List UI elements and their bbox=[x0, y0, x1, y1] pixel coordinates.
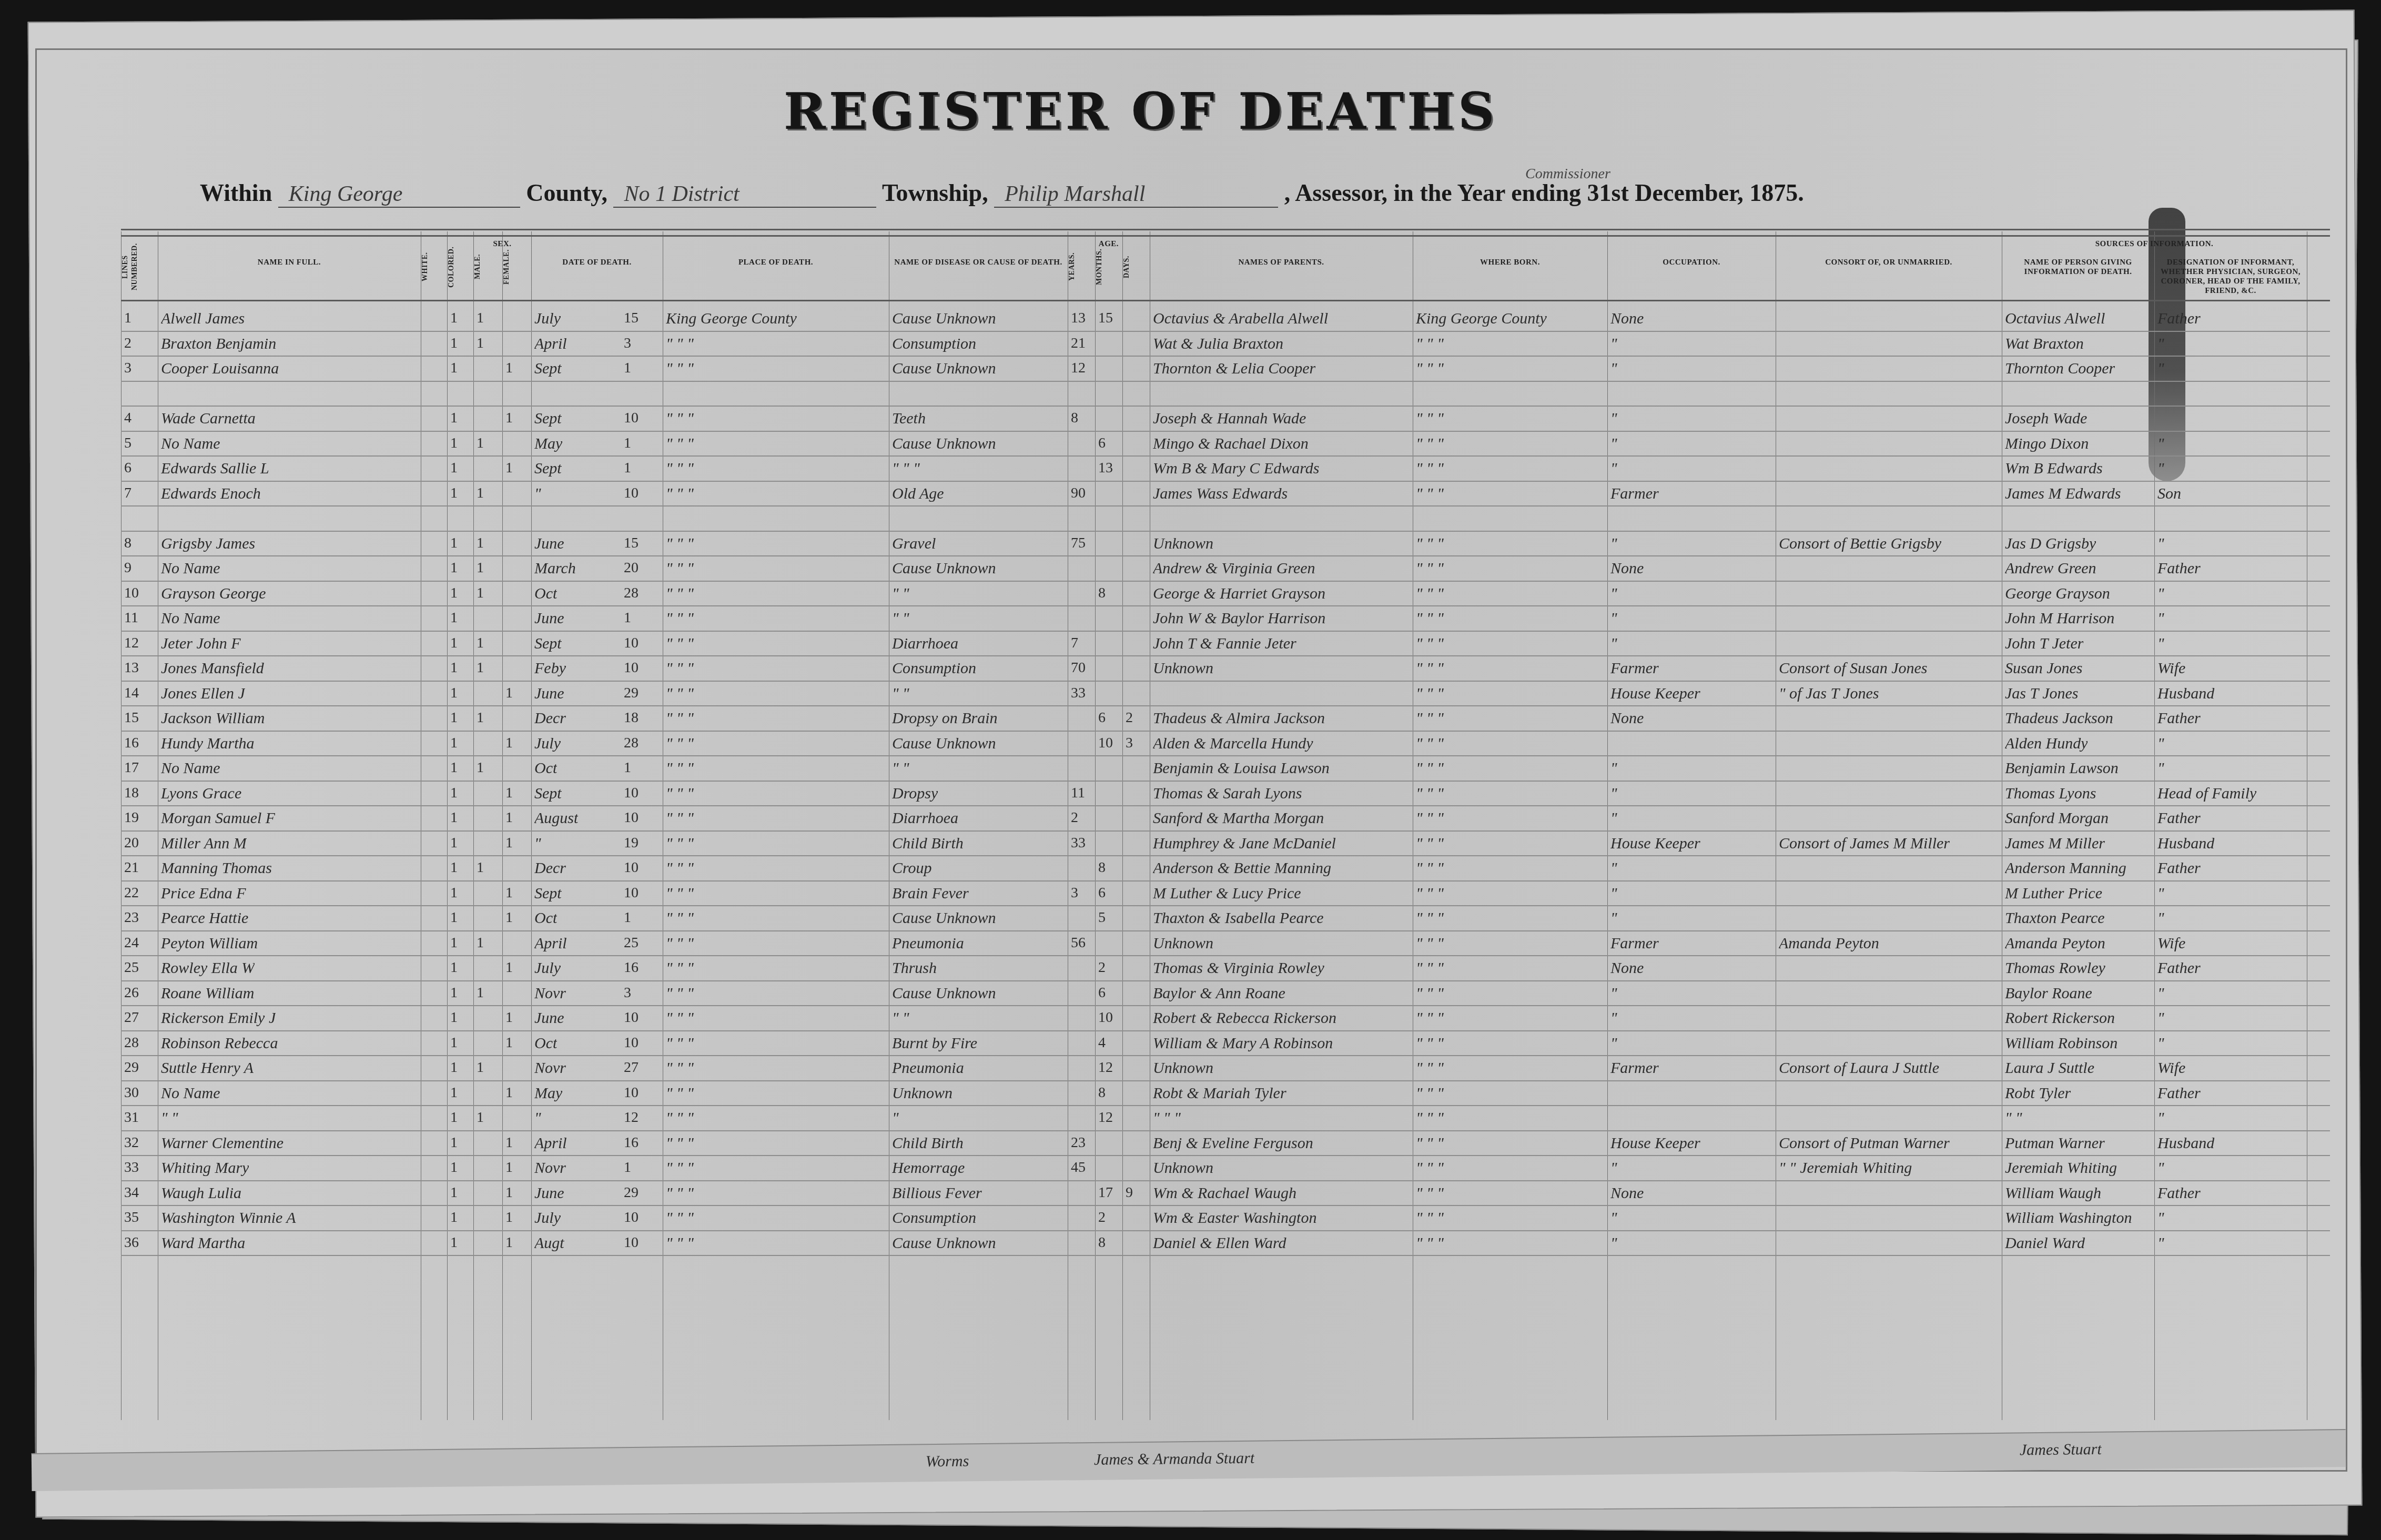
cell-occ: " bbox=[1610, 585, 1617, 603]
cell-born: " " " bbox=[1416, 360, 1444, 378]
cell-inf: William Robinson bbox=[2005, 1035, 2117, 1052]
cell-born: " " " bbox=[1416, 610, 1444, 627]
cell-c: 1 bbox=[450, 410, 458, 427]
cell-des: Head of Family bbox=[2157, 785, 2256, 803]
cell-mo: 2 bbox=[1098, 1209, 1106, 1226]
cell-parents: Mingo & Rachael Dixon bbox=[1153, 435, 1309, 453]
cell-cause: Thrush bbox=[892, 959, 937, 977]
column-header-parents: Names of Parents. bbox=[1150, 258, 1413, 267]
cell-cause: Cause Unknown bbox=[892, 735, 996, 753]
cell-c: 1 bbox=[450, 909, 458, 926]
cell-d: 3 bbox=[1126, 735, 1133, 752]
cell-c: 1 bbox=[450, 610, 458, 626]
cell-name: Edwards Enoch bbox=[161, 485, 261, 503]
cell-day: 3 bbox=[624, 335, 631, 352]
cell-f: 1 bbox=[505, 1234, 513, 1251]
column-rule bbox=[2307, 231, 2307, 1420]
column-rule bbox=[889, 231, 889, 1420]
cell-day: 10 bbox=[624, 1234, 639, 1251]
cell-parents: Unknown bbox=[1153, 1059, 1213, 1077]
cell-place: " " " bbox=[666, 410, 694, 428]
cell-born: " " " bbox=[1416, 1234, 1444, 1252]
cell-date: Oct bbox=[534, 585, 557, 603]
cell-c: 1 bbox=[450, 435, 458, 452]
cell-place: " " " bbox=[666, 360, 694, 378]
cell-place: " " " bbox=[666, 809, 694, 827]
cell-born: " " " bbox=[1416, 759, 1444, 777]
cell-parents: Unknown bbox=[1153, 535, 1213, 553]
cell-date: Novr bbox=[534, 1059, 566, 1077]
cell-inf: Baylor Roane bbox=[2005, 985, 2092, 1002]
cell-c: 1 bbox=[450, 885, 458, 901]
cell-born: " " " bbox=[1416, 1009, 1444, 1027]
cell-born: " " " bbox=[1416, 535, 1444, 553]
cell-des: " bbox=[2157, 759, 2164, 777]
row-rule bbox=[121, 555, 2330, 556]
cell-parents: Robert & Rebecca Rickerson bbox=[1153, 1009, 1336, 1027]
cell-place: " " " bbox=[666, 635, 694, 653]
row-rule bbox=[121, 980, 2330, 981]
cell-c: 1 bbox=[450, 535, 458, 552]
cell-place: " " " bbox=[666, 1035, 694, 1052]
cell-name: Alwell James bbox=[161, 310, 245, 328]
cell-cause: Hemorrage bbox=[892, 1159, 965, 1177]
cell-day: 18 bbox=[624, 710, 639, 726]
cell-des: " bbox=[2157, 1159, 2164, 1177]
row-rule bbox=[121, 331, 2330, 332]
cell-place: " " " bbox=[666, 610, 694, 627]
cell-des: " bbox=[2157, 435, 2164, 453]
cell-f: 1 bbox=[505, 785, 513, 802]
cell-place: " " " bbox=[666, 935, 694, 953]
cell-day: 10 bbox=[624, 635, 639, 652]
cell-born: " " " bbox=[1416, 335, 1444, 353]
cell-cause: Cause Unknown bbox=[892, 909, 996, 927]
cell-n: 30 bbox=[124, 1085, 139, 1101]
cell-date: April bbox=[534, 335, 567, 353]
column-rule bbox=[1150, 231, 1150, 1420]
cell-born: " " " bbox=[1416, 959, 1444, 977]
cell-y: 70 bbox=[1071, 660, 1086, 676]
cell-des: Husband bbox=[2157, 1134, 2214, 1152]
cell-parents: Humphrey & Jane McDaniel bbox=[1153, 835, 1336, 853]
cell-date: June bbox=[534, 685, 564, 703]
cell-m: 1 bbox=[477, 485, 484, 502]
cell-name: Jeter John F bbox=[161, 635, 241, 653]
cell-inf: Anderson Manning bbox=[2005, 859, 2126, 877]
cell-cause: Consumption bbox=[892, 1209, 976, 1227]
cell-m: 1 bbox=[477, 560, 484, 576]
cell-inf: Robt Tyler bbox=[2005, 1085, 2071, 1102]
cell-consort: " " Jeremiah Whiting bbox=[1779, 1159, 1912, 1177]
cell-c: 1 bbox=[450, 460, 458, 477]
cell-date: Novr bbox=[534, 1159, 566, 1177]
cell-place: " " " bbox=[666, 959, 694, 977]
cell-occ: " bbox=[1610, 460, 1617, 478]
cell-date: April bbox=[534, 1134, 567, 1152]
cell-date: July bbox=[534, 310, 561, 328]
cell-n: 15 bbox=[124, 710, 139, 726]
cell-n: 24 bbox=[124, 935, 139, 951]
cell-y: 13 bbox=[1071, 310, 1086, 327]
cell-m: 1 bbox=[477, 1059, 484, 1076]
cell-c: 1 bbox=[450, 759, 458, 776]
cell-inf: Thornton Cooper bbox=[2005, 360, 2115, 378]
cell-f: 1 bbox=[505, 959, 513, 976]
cell-date: Oct bbox=[534, 909, 557, 927]
row-rule bbox=[121, 1055, 2330, 1056]
cell-date: April bbox=[534, 935, 567, 953]
cell-cause: Cause Unknown bbox=[892, 985, 996, 1002]
cell-inf: Alden Hundy bbox=[2005, 735, 2088, 753]
cell-day: 29 bbox=[624, 685, 639, 702]
cell-cause: " " bbox=[892, 610, 909, 627]
cell-day: 1 bbox=[624, 610, 631, 626]
cell-c: 1 bbox=[450, 635, 458, 652]
cell-born: " " " bbox=[1416, 685, 1444, 703]
row-rule bbox=[121, 1030, 2330, 1031]
cell-mo: 8 bbox=[1098, 859, 1106, 876]
cell-occ: " bbox=[1610, 759, 1617, 777]
cell-consort: Amanda Peyton bbox=[1779, 935, 1879, 953]
cell-date: Sept bbox=[534, 410, 562, 428]
cell-date: June bbox=[534, 535, 564, 553]
cell-c: 1 bbox=[450, 335, 458, 352]
cell-day: 10 bbox=[624, 660, 639, 676]
cell-place: " " " bbox=[666, 735, 694, 753]
cell-name: Jones Ellen J bbox=[161, 685, 245, 703]
cell-parents: " " " bbox=[1153, 1109, 1181, 1127]
cell-c: 1 bbox=[450, 835, 458, 852]
group-header-age: Age. bbox=[1068, 239, 1150, 249]
cell-day: 10 bbox=[624, 785, 639, 802]
cell-consort: Consort of Laura J Suttle bbox=[1779, 1059, 1939, 1077]
cell-d: 9 bbox=[1126, 1184, 1133, 1201]
cell-f: 1 bbox=[505, 885, 513, 901]
cell-f: 1 bbox=[505, 809, 513, 826]
cell-n: 33 bbox=[124, 1159, 139, 1176]
cell-parents: Wat & Julia Braxton bbox=[1153, 335, 1283, 353]
cell-n: 10 bbox=[124, 585, 139, 602]
cell-c: 1 bbox=[450, 1159, 458, 1176]
cell-des: Husband bbox=[2157, 685, 2214, 703]
cell-born: " " " bbox=[1416, 1035, 1444, 1052]
cell-day: 10 bbox=[624, 1035, 639, 1051]
cell-occ: " bbox=[1610, 1209, 1617, 1227]
cell-date: March bbox=[534, 560, 576, 577]
cell-c: 1 bbox=[450, 1109, 458, 1126]
group-header-sex: Sex. bbox=[473, 239, 531, 249]
cell-m: 1 bbox=[477, 635, 484, 652]
cell-inf: John T Jeter bbox=[2005, 635, 2083, 653]
column-header-white: White. bbox=[421, 239, 447, 295]
cell-inf: Thomas Lyons bbox=[2005, 785, 2096, 803]
cell-cause: Teeth bbox=[892, 410, 926, 428]
row-rule bbox=[121, 681, 2330, 682]
cell-c: 1 bbox=[450, 985, 458, 1001]
row-rule bbox=[121, 381, 2330, 382]
cell-name: No Name bbox=[161, 560, 220, 577]
cell-mo: 8 bbox=[1098, 585, 1106, 602]
cell-c: 1 bbox=[450, 485, 458, 502]
cell-n: 8 bbox=[124, 535, 131, 552]
cell-des: Father bbox=[2157, 310, 2201, 328]
cell-des: Wife bbox=[2157, 660, 2185, 677]
cell-y: 75 bbox=[1071, 535, 1086, 552]
cell-name: Rickerson Emily J bbox=[161, 1009, 276, 1027]
cell-parents: Thadeus & Almira Jackson bbox=[1153, 710, 1325, 727]
cell-inf: William Washington bbox=[2005, 1209, 2132, 1227]
cell-des: Father bbox=[2157, 1085, 2201, 1102]
cell-born: " " " bbox=[1416, 1109, 1444, 1127]
cell-parents: Thornton & Lelia Cooper bbox=[1153, 360, 1315, 378]
cell-born: " " " bbox=[1416, 635, 1444, 653]
column-header-place: Place of Death. bbox=[663, 258, 889, 267]
cell-place: " " " bbox=[666, 1059, 694, 1077]
cell-date: " bbox=[534, 835, 541, 853]
cell-n: 6 bbox=[124, 460, 131, 477]
cell-name: Waugh Lulia bbox=[161, 1184, 241, 1202]
cell-parents: Daniel & Ellen Ward bbox=[1153, 1234, 1286, 1252]
cell-date: Decr bbox=[534, 710, 566, 727]
cell-des: Father bbox=[2157, 560, 2201, 577]
cell-occ: None bbox=[1610, 1184, 1644, 1202]
cell-y: 33 bbox=[1071, 685, 1086, 702]
cell-m: 1 bbox=[477, 310, 484, 327]
cell-day: 28 bbox=[624, 735, 639, 752]
cell-day: 10 bbox=[624, 885, 639, 901]
cell-des: Father bbox=[2157, 710, 2201, 727]
cell-parents: John T & Fannie Jeter bbox=[1153, 635, 1296, 653]
cell-place: " " " bbox=[666, 560, 694, 577]
row-rule bbox=[121, 1155, 2330, 1156]
cell-n: 7 bbox=[124, 485, 131, 502]
cell-parents: Joseph & Hannah Wade bbox=[1153, 410, 1306, 428]
cell-place: " " " bbox=[666, 710, 694, 727]
cell-day: 10 bbox=[624, 809, 639, 826]
cell-m: 1 bbox=[477, 660, 484, 676]
cell-parents: Robt & Mariah Tyler bbox=[1153, 1085, 1286, 1102]
cell-des: " bbox=[2157, 335, 2164, 353]
cell-cause: " " bbox=[892, 759, 909, 777]
cell-day: 10 bbox=[624, 1209, 639, 1226]
cell-name: Jones Mansfield bbox=[161, 660, 264, 677]
cell-c: 1 bbox=[450, 685, 458, 702]
cell-inf: Sanford Morgan bbox=[2005, 809, 2109, 827]
row-rule bbox=[121, 830, 2330, 832]
cell-occ: None bbox=[1610, 310, 1644, 328]
cell-place: " " " bbox=[666, 1134, 694, 1152]
cell-parents: William & Mary A Robinson bbox=[1153, 1035, 1333, 1052]
cell-y: 7 bbox=[1071, 635, 1078, 652]
cell-parents: Octavius & Arabella Alwell bbox=[1153, 310, 1328, 328]
cell-born: " " " bbox=[1416, 785, 1444, 803]
page-title: REGISTER OF DEATHS bbox=[784, 82, 1497, 141]
cell-occ: Farmer bbox=[1610, 660, 1659, 677]
column-rule bbox=[1068, 231, 1068, 1420]
cell-inf: Octavius Alwell bbox=[2005, 310, 2105, 328]
row-rule bbox=[121, 930, 2330, 931]
cell-name: Morgan Samuel F bbox=[161, 809, 275, 827]
cell-place: " " " bbox=[666, 1109, 694, 1127]
cell-parents: Benjamin & Louisa Lawson bbox=[1153, 759, 1330, 777]
cell-parents: Sanford & Martha Morgan bbox=[1153, 809, 1324, 827]
cell-mo: 10 bbox=[1098, 1009, 1113, 1026]
cell-place: " " " bbox=[666, 1009, 694, 1027]
cell-n: 22 bbox=[124, 885, 139, 901]
cell-cause: Dropsy bbox=[892, 785, 938, 803]
cell-c: 1 bbox=[450, 310, 458, 327]
column-header-line: Lines Numbered. bbox=[121, 239, 158, 295]
township-label: Township, bbox=[882, 179, 988, 206]
cell-n: 13 bbox=[124, 660, 139, 676]
cell-name: Roane William bbox=[161, 985, 254, 1002]
cell-y: 8 bbox=[1071, 410, 1078, 427]
cell-inf: " " bbox=[2005, 1109, 2022, 1127]
cell-born: " " " bbox=[1416, 460, 1444, 478]
cell-n: 9 bbox=[124, 560, 131, 576]
cell-day: 16 bbox=[624, 1134, 639, 1151]
cell-occ: " bbox=[1610, 1159, 1617, 1177]
cell-date: Sept bbox=[534, 785, 562, 803]
cell-y: 45 bbox=[1071, 1159, 1086, 1176]
assessor-field: Philip Marshall bbox=[994, 181, 1278, 208]
cell-place: " " " bbox=[666, 1085, 694, 1102]
cell-cause: Diarrhoea bbox=[892, 809, 958, 827]
cell-des: " bbox=[2157, 535, 2164, 553]
cell-n: 16 bbox=[124, 735, 139, 752]
column-rule bbox=[473, 231, 474, 1420]
column-header-name: Name in Full. bbox=[158, 258, 421, 267]
county-label: County, bbox=[526, 179, 607, 206]
cell-c: 1 bbox=[450, 710, 458, 726]
underlying-informant: James Stuart bbox=[2020, 1441, 2102, 1460]
cell-date: Sept bbox=[534, 460, 562, 478]
cell-f: 1 bbox=[505, 1159, 513, 1176]
cell-place: " " " bbox=[666, 535, 694, 553]
cell-place: " " " bbox=[666, 1234, 694, 1252]
cell-day: 12 bbox=[624, 1109, 639, 1126]
assessor-label: , Assessor, in the Year ending 31st Dece… bbox=[1284, 179, 1804, 206]
cell-born: " " " bbox=[1416, 485, 1444, 503]
cell-day: 10 bbox=[624, 1085, 639, 1101]
cell-born: " " " bbox=[1416, 985, 1444, 1002]
cell-inf: Jas T Jones bbox=[2005, 685, 2078, 703]
cell-mo: 6 bbox=[1098, 435, 1106, 452]
cell-n: 36 bbox=[124, 1234, 139, 1251]
cell-parents: Wm & Rachael Waugh bbox=[1153, 1184, 1296, 1202]
cell-c: 1 bbox=[450, 1209, 458, 1226]
cell-parents: Anderson & Bettie Manning bbox=[1153, 859, 1331, 877]
cell-n: 20 bbox=[124, 835, 139, 852]
cell-born: " " " bbox=[1416, 935, 1444, 953]
cell-c: 1 bbox=[450, 560, 458, 576]
cell-name: Hundy Martha bbox=[161, 735, 254, 753]
cell-f: 1 bbox=[505, 1184, 513, 1201]
cell-cause: Croup bbox=[892, 859, 932, 877]
column-rule bbox=[502, 231, 503, 1420]
cell-des: Father bbox=[2157, 809, 2201, 827]
cell-date: Decr bbox=[534, 859, 566, 877]
cell-day: 16 bbox=[624, 959, 639, 976]
cell-place: " " " bbox=[666, 909, 694, 927]
cell-occ: " bbox=[1610, 1009, 1617, 1027]
cell-cause: " " bbox=[892, 685, 909, 703]
cell-place: " " " bbox=[666, 835, 694, 853]
column-rule bbox=[531, 231, 532, 1420]
cell-des: " bbox=[2157, 1009, 2164, 1027]
cell-n: 35 bbox=[124, 1209, 139, 1226]
cell-place: " " " bbox=[666, 585, 694, 603]
cell-name: No Name bbox=[161, 1085, 220, 1102]
cell-name: No Name bbox=[161, 435, 220, 453]
cell-name: Cooper Louisanna bbox=[161, 360, 279, 378]
cell-cause: Gravel bbox=[892, 535, 936, 553]
cell-m: 1 bbox=[477, 585, 484, 602]
column-rule bbox=[1776, 231, 1776, 1420]
cell-born: " " " bbox=[1416, 410, 1444, 428]
cell-mo: 8 bbox=[1098, 1234, 1106, 1251]
cell-place: " " " bbox=[666, 759, 694, 777]
cell-f: 1 bbox=[505, 909, 513, 926]
cell-occ: " bbox=[1610, 909, 1617, 927]
cell-inf: Susan Jones bbox=[2005, 660, 2082, 677]
row-rule bbox=[121, 431, 2330, 432]
cell-inf: Amanda Peyton bbox=[2005, 935, 2105, 953]
cell-parents: Andrew & Virginia Green bbox=[1153, 560, 1315, 577]
cell-place: " " " bbox=[666, 435, 694, 453]
cell-day: 1 bbox=[624, 360, 631, 377]
row-rule bbox=[121, 605, 2330, 606]
cell-place: " " " bbox=[666, 859, 694, 877]
row-rule bbox=[121, 781, 2330, 782]
column-rule bbox=[121, 231, 121, 1420]
cell-occ: House Keeper bbox=[1610, 835, 1700, 853]
cell-n: 14 bbox=[124, 685, 139, 702]
cell-day: 15 bbox=[624, 535, 639, 552]
cell-born: " " " bbox=[1416, 1134, 1444, 1152]
cell-f: 1 bbox=[505, 1085, 513, 1101]
cell-born: " " " bbox=[1416, 585, 1444, 603]
cell-name: Suttle Henry A bbox=[161, 1059, 254, 1077]
cell-c: 1 bbox=[450, 1184, 458, 1201]
cell-c: 1 bbox=[450, 1035, 458, 1051]
cell-des: Father bbox=[2157, 859, 2201, 877]
cell-occ: Farmer bbox=[1610, 1059, 1659, 1077]
cell-name: Edwards Sallie L bbox=[161, 460, 269, 478]
cell-n: 5 bbox=[124, 435, 131, 452]
header-rule bbox=[121, 229, 2330, 230]
cell-born: " " " bbox=[1416, 735, 1444, 753]
cell-name: Jackson William bbox=[161, 710, 265, 727]
cell-date: " bbox=[534, 1109, 541, 1127]
cell-occ: Farmer bbox=[1610, 485, 1659, 503]
cell-cause: Cause Unknown bbox=[892, 1234, 996, 1252]
cell-parents: Unknown bbox=[1153, 1159, 1213, 1177]
header-rule bbox=[121, 300, 2330, 301]
cell-inf: Laura J Suttle bbox=[2005, 1059, 2094, 1077]
cell-parents: Thaxton & Isabella Pearce bbox=[1153, 909, 1324, 927]
county-field: King George bbox=[278, 181, 520, 208]
cell-des: Father bbox=[2157, 1184, 2201, 1202]
district-field: No 1 District bbox=[613, 181, 876, 208]
cell-m: 1 bbox=[477, 859, 484, 876]
cell-m: 1 bbox=[477, 759, 484, 776]
cell-des: Wife bbox=[2157, 935, 2185, 953]
cell-mo: 5 bbox=[1098, 909, 1106, 926]
cell-c: 1 bbox=[450, 785, 458, 802]
cell-m: 1 bbox=[477, 435, 484, 452]
